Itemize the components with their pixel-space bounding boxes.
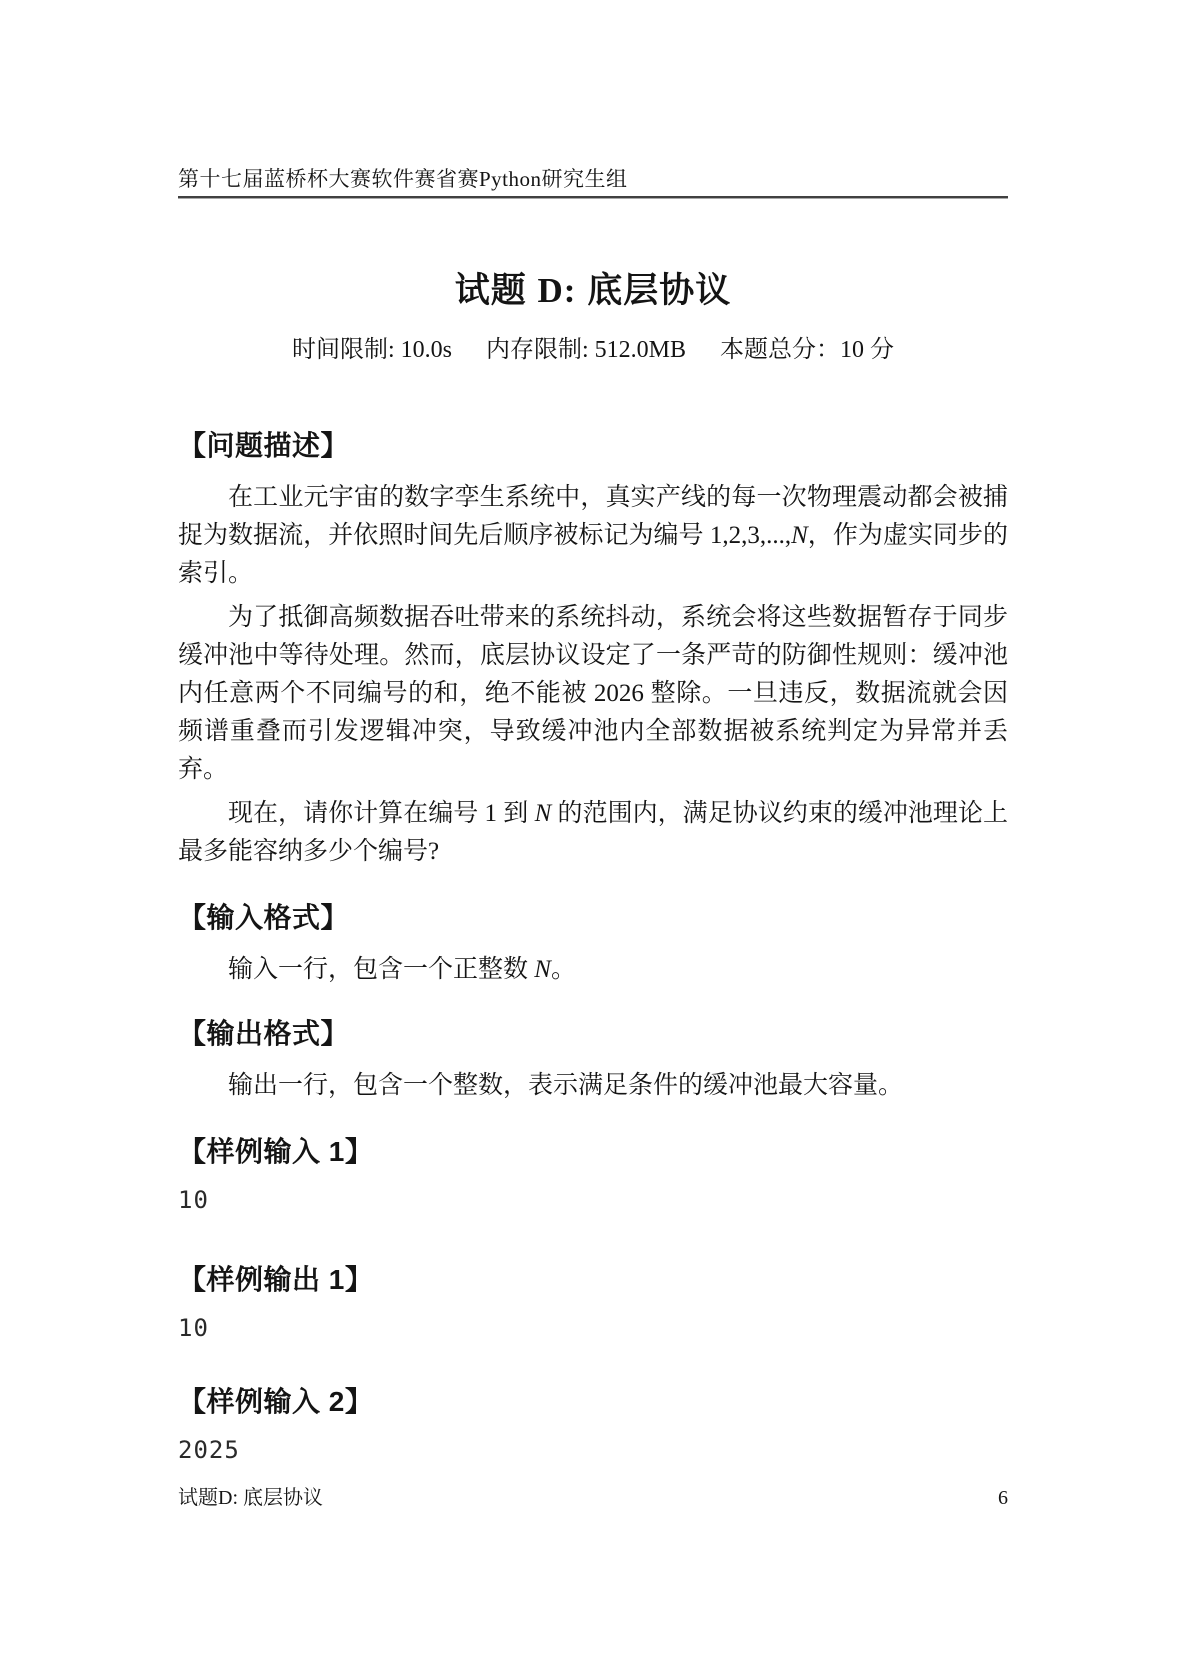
sample-output-1-heading: 【样例输出 1】 <box>178 1263 1008 1297</box>
problem-description-body: 在工业元宇宙的数字孪生系统中，真实产线的每一次物理震动都会被捕捉为数据流，并依照… <box>178 479 1008 871</box>
math-sequence: 1,2,3,..., <box>710 522 791 549</box>
page-footer: 试题D: 底层协议 6 <box>178 1486 1008 1511</box>
paragraph-text: 。 <box>551 956 576 983</box>
paragraph-text: 到 <box>497 800 535 827</box>
page-content: 第十七届蓝桥杯大赛软件赛省赛Python研究生组 试题 D: 底层协议 时间限制… <box>178 0 1008 1465</box>
math-var-n: N <box>791 522 808 549</box>
sample-input-1-value: 10 <box>178 1185 1008 1215</box>
input-format-body: 输入一行，包含一个正整数 N。 <box>178 951 1008 989</box>
footer-page-number: 6 <box>998 1486 1008 1511</box>
header-divider <box>178 196 1008 199</box>
time-limit: 时间限制: 10.0s <box>292 335 452 365</box>
sample-input-2-heading: 【样例输入 2】 <box>178 1385 1008 1419</box>
section-problem-description: 【问题描述】 在工业元宇宙的数字孪生系统中，真实产线的每一次物理震动都会被捕捉为… <box>178 429 1008 871</box>
input-format-heading: 【输入格式】 <box>178 901 1008 935</box>
memory-limit: 内存限制: 512.0MB <box>486 335 686 365</box>
output-format-paragraph: 输出一行，包含一个整数，表示满足条件的缓冲池最大容量。 <box>178 1067 1008 1105</box>
section-sample-input-1: 【样例输入 1】 10 <box>178 1135 1008 1215</box>
section-output-format: 【输出格式】 输出一行，包含一个整数，表示满足条件的缓冲池最大容量。 <box>178 1017 1008 1105</box>
paragraph-text: 现在，请你计算在编号 <box>228 800 485 827</box>
total-score: 本题总分：10 分 <box>720 335 894 365</box>
page-header-competition: 第十七届蓝桥杯大赛软件赛省赛Python研究生组 <box>178 166 1008 192</box>
document-page: 第十七届蓝桥杯大赛软件赛省赛Python研究生组 试题 D: 底层协议 时间限制… <box>0 0 1185 1676</box>
input-format-paragraph: 输入一行，包含一个正整数 N。 <box>178 951 1008 989</box>
math-var-n: N <box>535 800 552 827</box>
math-var-n: N <box>534 956 551 983</box>
problem-paragraph-3: 现在，请你计算在编号 1 到 N 的范围内，满足协议约束的缓冲池理论上最多能容纳… <box>178 795 1008 871</box>
section-input-format: 【输入格式】 输入一行，包含一个正整数 N。 <box>178 901 1008 989</box>
sample-input-2-value: 2025 <box>178 1435 1008 1465</box>
problem-meta: 时间限制: 10.0s 内存限制: 512.0MB 本题总分：10 分 <box>178 335 1008 365</box>
section-sample-input-2: 【样例输入 2】 2025 <box>178 1385 1008 1465</box>
output-format-heading: 【输出格式】 <box>178 1017 1008 1051</box>
math-number-one: 1 <box>485 800 498 827</box>
sample-input-1-heading: 【样例输入 1】 <box>178 1135 1008 1169</box>
sample-output-1-value: 10 <box>178 1313 1008 1343</box>
problem-title-prefix: 试题 <box>455 271 538 310</box>
problem-title-letter: D: <box>538 271 577 310</box>
output-format-body: 输出一行，包含一个整数，表示满足条件的缓冲池最大容量。 <box>178 1067 1008 1105</box>
problem-paragraph-2: 为了抵御高频数据吞吐带来的系统抖动，系统会将这些数据暂存于同步缓冲池中等待处理。… <box>178 599 1008 789</box>
footer-problem-label: 试题D: 底层协议 <box>178 1486 323 1511</box>
problem-title: 试题 D: 底层协议 <box>178 269 1008 313</box>
problem-paragraph-1: 在工业元宇宙的数字孪生系统中，真实产线的每一次物理震动都会被捕捉为数据流，并依照… <box>178 479 1008 593</box>
paragraph-text: 输入一行，包含一个正整数 <box>228 956 534 983</box>
section-sample-output-1: 【样例输出 1】 10 <box>178 1263 1008 1343</box>
problem-description-heading: 【问题描述】 <box>178 429 1008 463</box>
problem-title-name: 底层协议 <box>576 271 731 310</box>
